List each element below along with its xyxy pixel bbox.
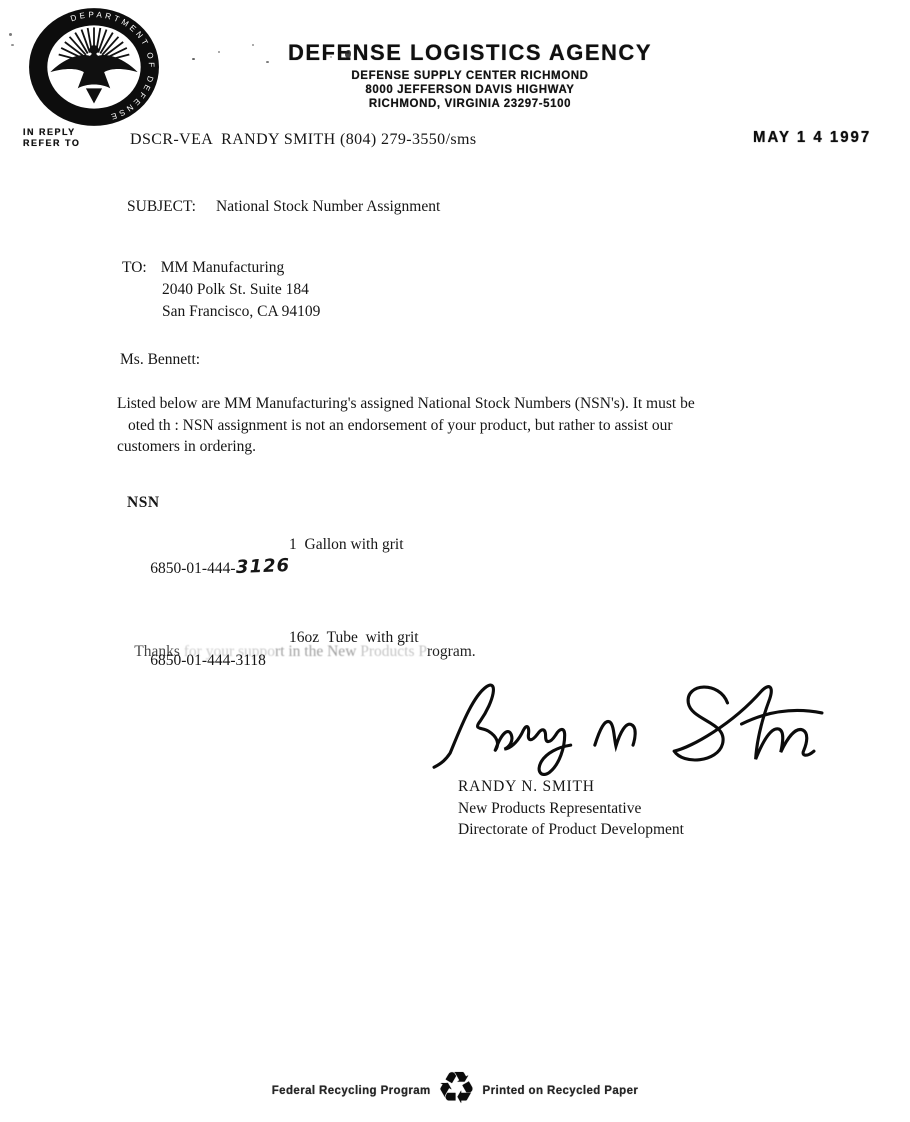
- closing-seg3: rt in the New: [275, 643, 360, 660]
- dod-seal-icon: DEPARTMENT OF DEFENSE: [26, 5, 162, 129]
- nsn-number-handwritten: 3126: [235, 554, 290, 579]
- footer-left-text: Federal Recycling Program: [272, 1085, 431, 1097]
- date-stamp: MAY 1 4 1997: [753, 129, 871, 147]
- signer-name: RANDY N. SMITH: [458, 776, 684, 798]
- nsn-heading: NSN: [127, 494, 160, 512]
- closing-line: Thanks for your support in the New Produ…: [119, 625, 476, 679]
- footer: Federal Recycling Program ♻ Printed on R…: [0, 1069, 910, 1113]
- to-label: TO:: [122, 259, 147, 276]
- nsn-row: 6850-01-444-3126 1 Gallon with grit: [127, 533, 290, 626]
- letterhead-line-2: 8000 JEFFERSON DAVIS HIGHWAY: [170, 83, 770, 97]
- body-line-3: customers in ordering.: [117, 436, 807, 458]
- scan-speckle: [9, 33, 12, 36]
- handwritten-signature: [428, 666, 830, 776]
- letterhead-line-3: RICHMOND, VIRGINIA 23297-5100: [170, 97, 770, 111]
- subject-line: SUBJECT:National Stock Number Assignment: [127, 198, 440, 216]
- agency-name: DEFENSE LOGISTICS AGENCY: [170, 40, 770, 66]
- footer-right-text: Printed on Recycled Paper: [483, 1085, 639, 1097]
- body-paragraph: Listed below are MM Manufacturing's assi…: [117, 393, 807, 458]
- in-reply-line1: IN REPLY: [23, 127, 80, 138]
- signer-department: Directorate of Product Development: [458, 819, 684, 841]
- closing-seg4: Products P: [360, 643, 427, 660]
- recipient-address-line1: 2040 Polk St. Suite 184: [122, 279, 320, 301]
- letterhead: DEFENSE LOGISTICS AGENCY DEFENSE SUPPLY …: [170, 40, 770, 111]
- letterhead-line-1: DEFENSE SUPPLY CENTER RICHMOND: [170, 69, 770, 83]
- closing-seg5: rogram.: [427, 643, 476, 660]
- office-contact-line: DSCR-VEA RANDY SMITH (804) 279-3550/sms: [130, 131, 477, 149]
- nsn-description: 1 Gallon with grit: [289, 533, 404, 556]
- subject-label: SUBJECT:: [127, 198, 196, 215]
- scan-speckle: [11, 44, 14, 46]
- scan-speckle: [345, 50, 351, 58]
- body-line-1: Listed below are MM Manufacturing's assi…: [117, 393, 807, 415]
- recipient-address-line2: San Francisco, CA 94109: [122, 301, 320, 323]
- nsn-number-printed: 6850-01-444-: [150, 560, 235, 577]
- body-line-2: oted th : NSN assignment is not an endor…: [117, 415, 807, 437]
- scanned-letter-page: DEPARTMENT OF DEFENSE DEFENSE LOGIS: [0, 0, 910, 1122]
- in-reply-line2: REFER TO: [23, 138, 80, 149]
- scan-speckle: [252, 44, 254, 46]
- recycle-icon: ♻: [437, 1067, 477, 1111]
- scan-speckle: [266, 61, 269, 63]
- signature-block: RANDY N. SMITH New Products Representati…: [458, 776, 684, 841]
- closing-seg1: Thanks: [134, 643, 180, 660]
- scan-speckle: [218, 51, 220, 53]
- recipient-company: MM Manufacturing: [161, 259, 285, 276]
- recipient-block: TO:MM Manufacturing 2040 Polk St. Suite …: [122, 257, 320, 323]
- subject-text: National Stock Number Assignment: [216, 198, 440, 215]
- scan-speckle: [192, 58, 195, 60]
- closing-seg2: for your suppo: [180, 643, 275, 660]
- signer-title: New Products Representative: [458, 798, 684, 820]
- scan-speckle: [330, 56, 332, 58]
- in-reply-refer-label: IN REPLY REFER TO: [23, 127, 80, 149]
- salutation: Ms. Bennett:: [120, 351, 200, 369]
